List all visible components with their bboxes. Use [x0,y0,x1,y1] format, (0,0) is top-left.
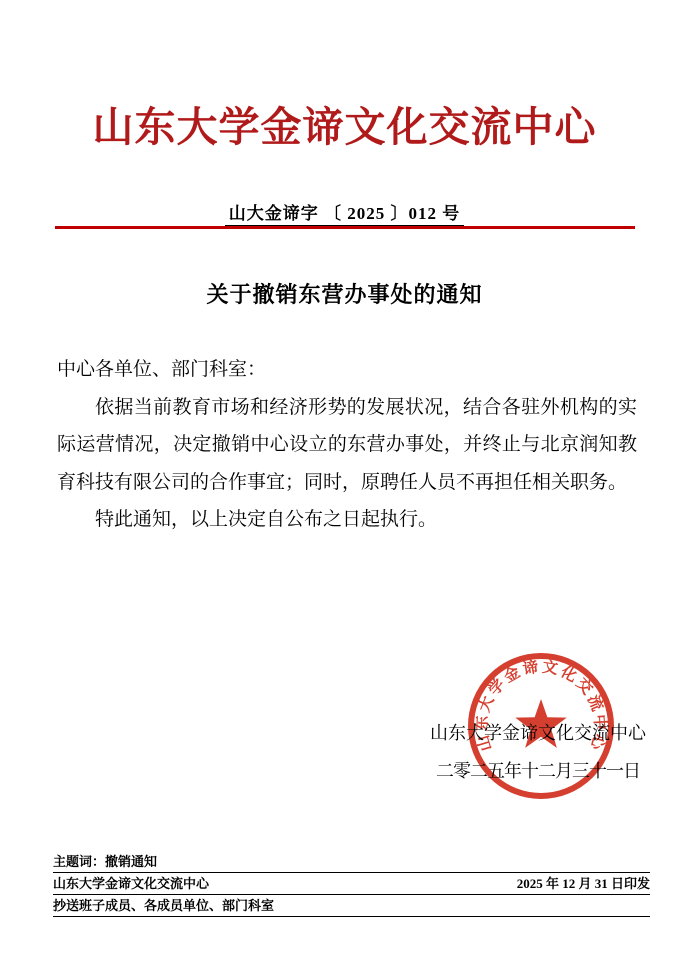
body-paragraph: 特此通知，以上决定自公布之日起执行。 [57,501,637,539]
footer-cc: 抄送班子成员、各成员单位、部门科室 [53,898,274,913]
footer-issuer: 山东大学金谛文化交流中心 [53,876,209,891]
document-footer: 主题词：撤销通知 山东大学金谛文化交流中心 2025 年 12 月 31 日印发… [53,851,650,917]
document-number-text: 山大金谛字 〔 2025 〕012 号 [225,204,465,226]
footer-keywords-row: 主题词：撤销通知 [53,851,650,873]
salutation: 中心各单位、部门科室： [57,351,637,389]
footer-cc-row: 抄送班子成员、各成员单位、部门科室 [53,895,650,917]
red-divider-line [55,226,635,229]
seal-star-icon [515,699,566,748]
footer-issuer-row: 山东大学金谛文化交流中心 2025 年 12 月 31 日印发 [53,873,650,895]
document-number: 山大金谛字 〔 2025 〕012 号 [0,199,689,224]
official-round-seal: 山东大学金谛文化交流中心 [467,652,615,800]
notice-subject-heading: 关于撤销东营办事处的通知 [0,278,689,309]
document-page: 山东大学金谛文化交流中心 山大金谛字 〔 2025 〕012 号 关于撤销东营办… [0,0,689,980]
footer-keywords: 主题词：撤销通知 [53,854,157,869]
letterhead-title: 山东大学金谛文化交流中心 [0,94,689,153]
notice-body: 中心各单位、部门科室： 依据当前教育市场和经济形势的发展状况，结合各驻外机构的实… [57,351,637,539]
body-paragraph: 依据当前教育市场和经济形势的发展状况，结合各驻外机构的实际运营情况，决定撤销中心… [57,389,637,502]
footer-print-date: 2025 年 12 月 31 日印发 [517,876,650,891]
